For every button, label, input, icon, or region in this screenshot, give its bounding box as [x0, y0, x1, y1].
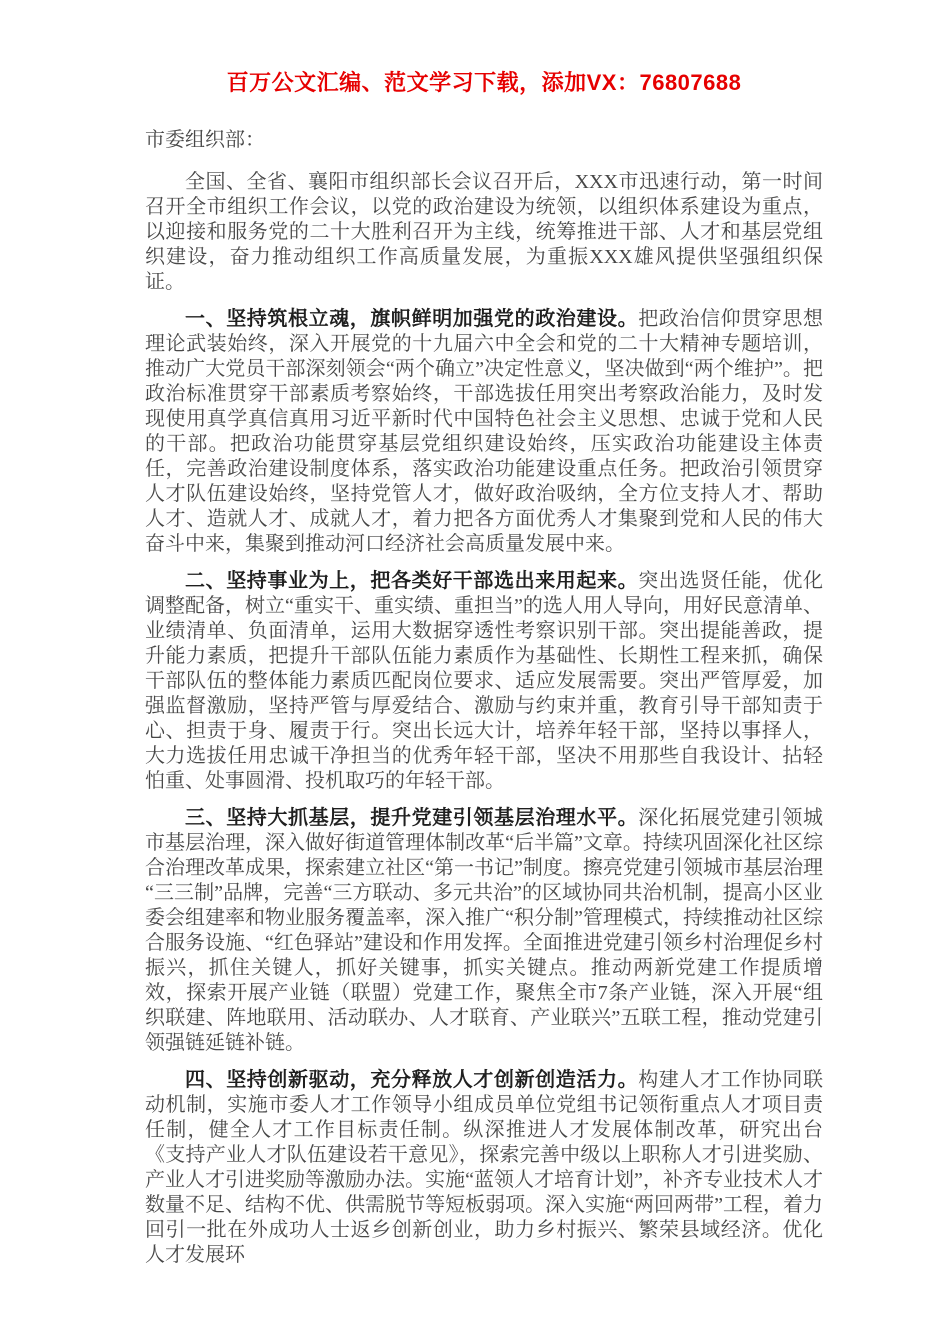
document-page: 百万公文汇编、范文学习下载，添加VX：76807688 市委组织部： 全国、全省…: [0, 0, 950, 1344]
section-2-text: 突出选贤任能，优化调整配备，树立“重实干、重实绩、重担当”的选人用人导向，用好民…: [145, 570, 823, 792]
section-1-heading: 一、坚持筑根立魂，旗帜鲜明加强党的政治建设。: [185, 308, 638, 330]
section-3-text: 深化拓展党建引领城市基层治理，深入做好街道管理体制改革“后半篇”文章。持续巩固深…: [145, 807, 823, 1054]
promo-text: 百万公文汇编、范文学习下载，添加VX：76807688: [227, 70, 742, 95]
promo-banner: 百万公文汇编、范文学习下载，添加VX：76807688: [145, 68, 823, 98]
paragraph-section-3: 三、坚持大抓基层，提升党建引领基层治理水平。深化拓展党建引领城市基层治理，深入做…: [145, 806, 823, 1056]
paragraph-intro-text: 全国、全省、襄阳市组织部长会议召开后，XXX市迅速行动，第一时间召开全市组织工作…: [145, 171, 823, 293]
salutation: 市委组织部：: [145, 128, 823, 153]
paragraph-section-4: 四、坚持创新驱动，充分释放人才创新创造活力。构建人才工作协同联动机制，实施市委人…: [145, 1068, 823, 1268]
section-1-text: 把政治信仰贯穿思想理论武装始终，深入开展党的十九届六中全会和党的二十大精神专题培…: [145, 308, 823, 555]
paragraph-section-2: 二、坚持事业为上，把各类好干部选出来用起来。突出选贤任能，优化调整配备，树立“重…: [145, 569, 823, 794]
section-3-heading: 三、坚持大抓基层，提升党建引领基层治理水平。: [185, 807, 638, 829]
section-4-heading: 四、坚持创新驱动，充分释放人才创新创造活力。: [185, 1069, 638, 1091]
paragraph-intro: 全国、全省、襄阳市组织部长会议召开后，XXX市迅速行动，第一时间召开全市组织工作…: [145, 170, 823, 295]
paragraph-section-1: 一、坚持筑根立魂，旗帜鲜明加强党的政治建设。把政治信仰贯穿思想理论武装始终，深入…: [145, 307, 823, 557]
section-4-text: 构建人才工作协同联动机制，实施市委人才工作领导小组成员单位党组书记领衔重点人才项…: [145, 1069, 823, 1266]
section-2-heading: 二、坚持事业为上，把各类好干部选出来用起来。: [185, 570, 638, 592]
